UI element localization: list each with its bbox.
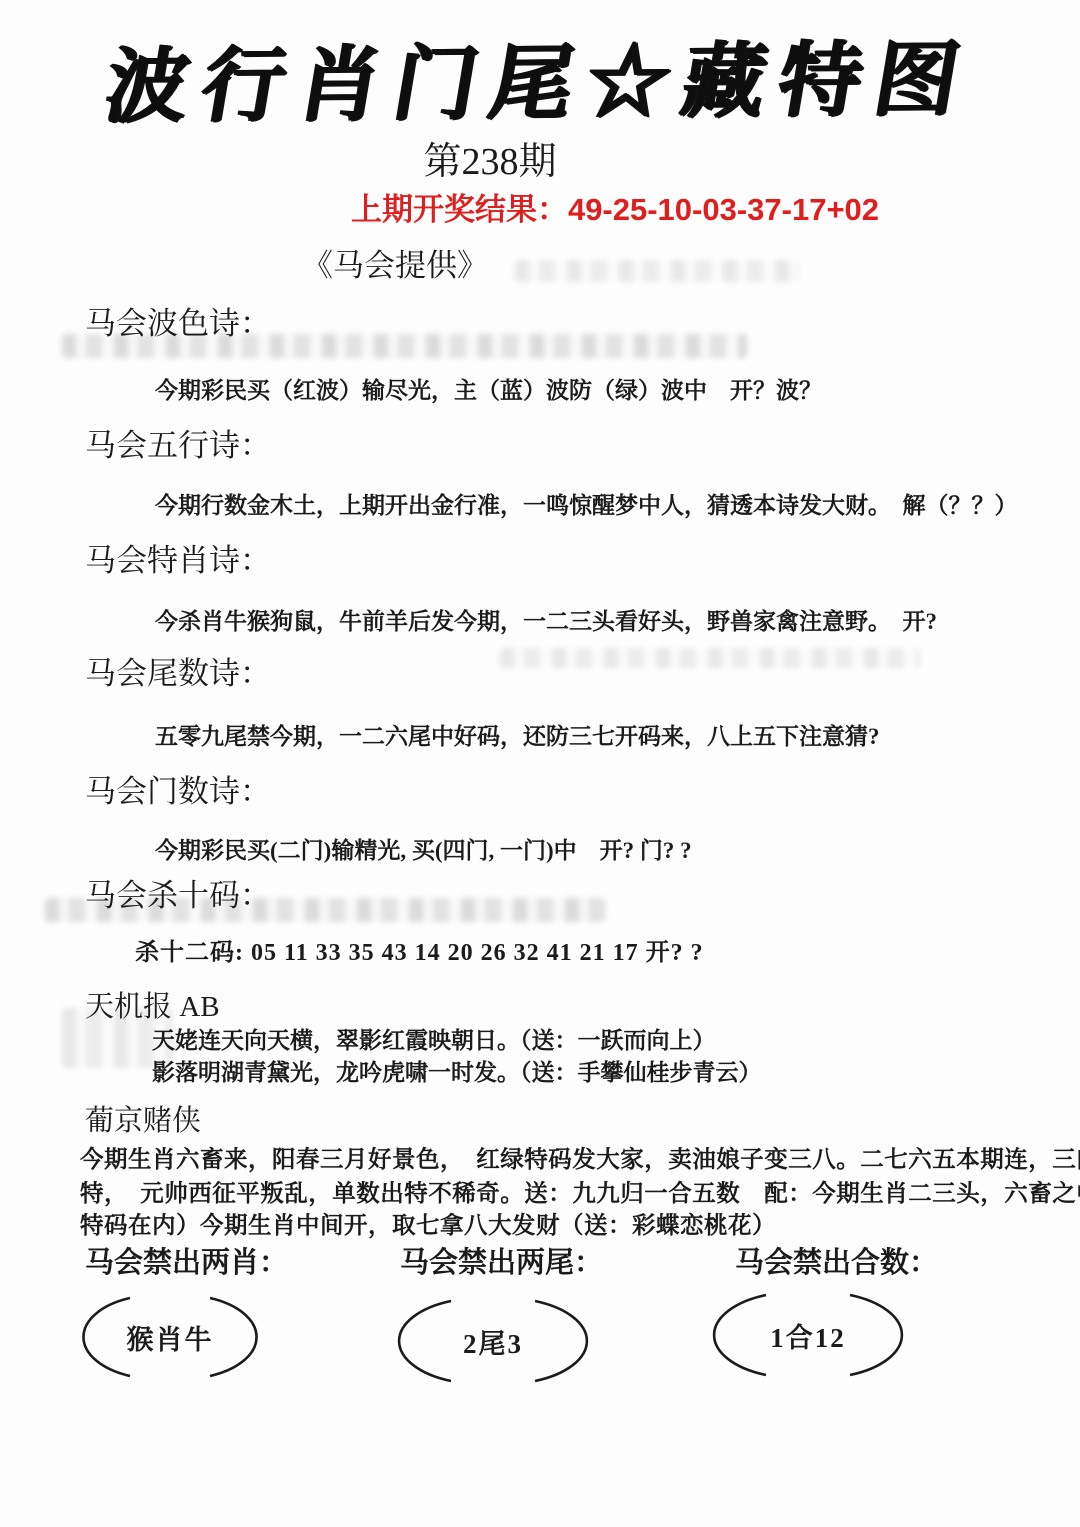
forbid-value-wei: 2尾3 [393, 1296, 593, 1386]
forbid-label-shengxiao: 马会禁出两肖： [85, 1240, 288, 1281]
tianji-heading: 天机报 AB [85, 984, 220, 1025]
poem-menshu: 今期彩民买(二门)输精光, 买(四门, 一门)中 开? 门? ? [155, 832, 692, 865]
pujing-line-1: 今期生肖六畜来，阳春三月好景色， 红绿特码发大家，卖油娘子变三八。二七六五本期连… [80, 1140, 1080, 1174]
poem-texiao: 今杀肖牛猴狗鼠，牛前羊后发今期，一二三头看好头，野兽家禽注意野。 开? [155, 603, 937, 636]
poem-weishu: 五零九尾禁今期，一二六尾中好码，还防三七开码来，八上五下注意猜? [155, 718, 880, 751]
tip-sheet-page: 波行肖门尾☆藏特图 第238期 上期开奖结果：49-25-10-03-37-17… [0, 0, 1080, 1527]
kill-codes-line: 杀十二码: 05 11 33 35 43 14 20 26 32 41 21 1… [135, 932, 704, 967]
pujing-heading: 葡京赌侠 [85, 1098, 201, 1139]
poem-bose: 今期彩民买（红波）输尽光，主（蓝）波防（绿）波中 开？波？ [155, 372, 822, 405]
pujing-line-2: 特， 元帅西征平叛乱，单数出特不稀奇。送：九九归一合五数 配：今期生肖二三头，六… [80, 1174, 1080, 1208]
section-heading-weishu: 马会尾数诗： [85, 648, 271, 693]
forbid-value-shengxiao: 猴肖牛 [78, 1292, 262, 1382]
section-heading-texiao: 马会特肖诗： [85, 535, 271, 580]
page-title: 波行肖门尾☆藏特图 [0, 13, 1080, 139]
ghost-text-artifact [500, 648, 920, 668]
tianji-line-1: 天姥连天向天横，翠影红霞映朝日。（送：一跃而向上） [152, 1022, 716, 1055]
ghost-text-artifact [515, 260, 800, 282]
forbid-oval-shengxiao: 猴肖牛 [78, 1292, 262, 1382]
forbid-label-heshu: 马会禁出合数： [735, 1240, 938, 1281]
section-heading-menshu: 马会门数诗： [85, 766, 271, 811]
last-draw-result: 上期开奖结果：49-25-10-03-37-17+02 [0, 184, 1080, 229]
forbid-oval-heshu: 1合12 [708, 1290, 908, 1380]
section-heading-shashima: 马会杀十码： [85, 870, 271, 915]
issue-number: 第238期 [0, 130, 980, 185]
section-heading-wuxing: 马会五行诗： [85, 420, 271, 465]
pujing-line-3: 特码在内）今期生肖中间开，取七拿八大发财（送：彩蝶恋桃花） [80, 1206, 776, 1240]
tianji-line-2: 影落明湖青黛光，龙吟虎啸一时发。（送：手攀仙桂步青云） [152, 1054, 762, 1087]
forbid-label-wei: 马会禁出两尾： [400, 1240, 603, 1281]
section-heading-bose: 马会波色诗： [85, 298, 271, 343]
poem-wuxing: 今期行数金木土，上期开出金行准，一鸣惊醒梦中人，猜透本诗发大财。 解（？？） [155, 487, 1018, 520]
forbid-value-heshu: 1合12 [708, 1290, 908, 1380]
forbid-oval-wei: 2尾3 [393, 1296, 593, 1386]
